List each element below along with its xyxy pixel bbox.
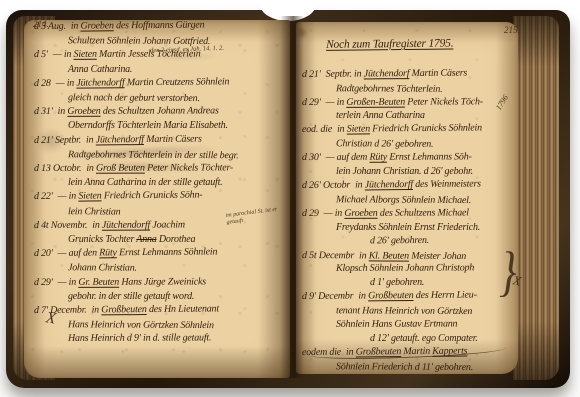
day-mark: d 21' xyxy=(302,69,321,80)
register-line: d 26' gebohren. xyxy=(302,233,514,249)
right-page-entries: d 21'Septbr. in Jütchendorf Martin Cäser… xyxy=(302,68,514,374)
register-line: Klopsch Söhnlein Johann Christoph xyxy=(302,262,514,277)
entry-text: Meister Johan xyxy=(409,250,466,261)
place-name-underlined: Großbeuten xyxy=(368,290,414,301)
entry-text: Grunicks Tochter xyxy=(68,234,136,245)
entry-text: in xyxy=(86,134,96,145)
register-line: d 26' Octobrin Jütchendorff des Weinmeis… xyxy=(302,177,514,193)
entry-text: Friedrich Grunicks Söhnlein xyxy=(370,123,482,135)
entry-text: Ernst Lehmanns Söh- xyxy=(387,152,472,163)
register-line: d 9' Decembrin Großbeuten des Herrn Lieu… xyxy=(302,288,514,304)
entry-text: gleich nach der geburt verstorben. xyxy=(68,92,200,104)
day-mark: d 31' xyxy=(34,106,53,117)
day-mark: d 22' xyxy=(34,191,53,202)
place-name-underlined: Rüty xyxy=(99,248,117,259)
left-page-entries: d 3 Aug.in Groeben des Hoffmanns GürgenS… xyxy=(34,20,286,347)
entry-text: lein Christian xyxy=(68,206,121,217)
register-line: d 29'— in Gr. Beuten Hans Jürge Zweinick… xyxy=(34,275,286,290)
entry-text: Friedrich Grunicks Söhn- xyxy=(101,190,202,202)
entry-text: lein Johann Christian. d 26' gebohr. xyxy=(336,166,473,177)
day-mark: d 20' xyxy=(34,248,53,259)
entry-text: des Schultzen Johann Andreas xyxy=(101,106,219,117)
day-mark: d 28 xyxy=(34,78,51,89)
page-edges-right xyxy=(513,16,559,380)
entry-text: in xyxy=(358,291,368,302)
place-name-underlined: Groeben xyxy=(80,20,113,31)
place-name-underlined: Gr. Beuten xyxy=(78,276,119,287)
day-mark: d 29' xyxy=(302,96,321,107)
day-mark: d 21' Septbr. xyxy=(34,134,81,145)
entry-text: lein Anna Catharina in der stille getauf… xyxy=(68,177,222,188)
register-line: d 31'in Groeben des Schultzen Johann And… xyxy=(34,104,286,119)
entry-text: Klopsch Söhnlein Johann Christoph xyxy=(336,263,474,274)
entry-text: Anna Catharina. xyxy=(68,64,132,75)
place-name-underlined: Groeben xyxy=(67,106,100,117)
entry-text: Hans Jürge Zweinicks xyxy=(119,276,206,287)
entry-text: des Schultzens Michael xyxy=(378,207,469,218)
day-mark: d 5' xyxy=(34,49,48,60)
entry-text: in xyxy=(359,250,369,261)
register-line: d 20'— auf den Rüty Ernst Lehmanns Söhnl… xyxy=(34,245,286,261)
day-mark: d 7' Decembr. xyxy=(34,305,87,316)
place-name-underlined: Sieten xyxy=(78,191,101,202)
entry-text: Hans Heinrich von Görtzken Söhnlein xyxy=(68,319,214,331)
entry-text: Freydanks Söhnlein Ernst Friederich. xyxy=(336,222,480,233)
entry-text: Dorothea xyxy=(157,234,196,245)
register-line: d 21'Septbr. in Jütchendorf Martin Cäser… xyxy=(302,66,514,82)
day-mark: d 9' Decembr xyxy=(302,291,353,302)
entry-text: in xyxy=(58,106,68,117)
register-line: d 21' Septbr.in Jütchendorff Martin Cäse… xyxy=(34,131,286,147)
day-mark: d 30' xyxy=(302,152,321,163)
entry-text: des Hn Lieutenant xyxy=(147,303,219,315)
register-line: d 30'— auf dem Rüty Ernst Lehmanns Söh- xyxy=(302,150,514,165)
day-mark: d 3 Aug. xyxy=(34,21,66,32)
entry-text: Johann Christian. xyxy=(68,263,137,274)
entry-text: Radtgebohrnes Töchterlein in der stille … xyxy=(68,149,239,161)
entry-text: in xyxy=(92,220,102,231)
place-name-underlined: Jütchendorff xyxy=(96,134,144,145)
entry-text: Joachim xyxy=(150,219,185,230)
entry-text: Ernst Lehmanns Söhnlein xyxy=(117,247,218,259)
place-name-underlined: Groeben xyxy=(344,208,377,219)
entry-text: — in xyxy=(58,277,79,288)
place-name-underlined: Sieten xyxy=(73,49,96,60)
entry-text: Martin Cäsers xyxy=(144,133,202,145)
entry-text: Martin Cäsers xyxy=(409,67,467,79)
entry-text: Peter Nickels Töchter- xyxy=(145,162,233,173)
day-mark: d 29' xyxy=(34,277,53,288)
place-name-underlined: Jütchendorff xyxy=(102,219,150,230)
entry-text: d 26' gebohren. xyxy=(370,234,429,246)
entry-text: — in xyxy=(53,49,74,60)
register-line: d 28— in Jütchendorff Martin Creutzens S… xyxy=(34,75,286,91)
register-line: d 13 Octobr.in Groß Beuten Peter Nickels… xyxy=(34,161,286,176)
entry-text: — in xyxy=(326,96,347,107)
right-page-content: Noch zum Taufregister 1795. d 21'Septbr.… xyxy=(302,24,514,374)
entry-text: — auf dem xyxy=(326,152,370,163)
place-name-underlined: Jütchendorff xyxy=(365,179,413,190)
struck-word: Anna xyxy=(136,234,156,245)
entry-text: Oberndorffs Töchterlein Maria Elisabeth. xyxy=(68,120,228,131)
entry-text: d 12' getauft. ego Compater. xyxy=(370,333,478,344)
register-line: d 29'— in Großen-Beuten Peter Nickels Tö… xyxy=(302,95,514,110)
day-mark: d 13 Octobr. xyxy=(34,163,81,174)
place-name-underlined: Groß Beuten xyxy=(96,163,145,174)
entry-text: — in xyxy=(58,191,79,202)
entry-text: Hans Heinrich d 9' in d. stille getauft. xyxy=(68,333,211,345)
register-line: d 29— in Groeben des Schultzens Michael xyxy=(302,206,514,221)
place-name-underlined: Sieten xyxy=(347,124,370,135)
entry-text: des Hoffmanns Gürgen xyxy=(114,20,205,32)
entry-text: tenant Hans Heinrich von Görtzken xyxy=(336,305,472,317)
place-name-underlined: Großen-Beuten xyxy=(346,96,405,107)
day-mark: d 26' Octobr xyxy=(302,180,350,191)
register-line: Söhnlein Hans Gustav Ertmann xyxy=(302,317,514,332)
entry-text: in xyxy=(355,179,365,190)
entry-text: — in xyxy=(324,208,345,219)
page-heading-text: Noch zum Taufregister 1795. xyxy=(326,37,453,50)
entry-text: — in xyxy=(56,77,77,88)
day-mark: eod. die xyxy=(302,124,332,135)
entry-text: terlein Anna Catharina xyxy=(336,110,425,121)
entry-text: in xyxy=(86,163,96,174)
day-mark: d 5t Decembr xyxy=(302,250,354,261)
entry-text: Radtgebohrnes Töchterlein. xyxy=(336,83,443,95)
entry-text: Septbr. in xyxy=(326,68,364,79)
page-heading: Noch zum Taufregister 1795. xyxy=(302,23,514,67)
entry-text: Söhnlein Friederich d 11' gebohren. xyxy=(336,361,473,373)
register-line: eod. diein Sieten Friedrich Grunicks Söh… xyxy=(302,121,514,137)
entry-text: Martin Creutzens Söhnlein xyxy=(124,76,229,88)
entry-text: in xyxy=(71,21,81,32)
entry-text: Michael Alborgs Söhnlein Michael. xyxy=(336,194,471,206)
place-name-underlined: Jütchendorf xyxy=(364,68,410,79)
place-name-underlined: Großbeuten xyxy=(101,304,147,315)
entry-text: — auf den xyxy=(58,248,100,259)
entry-text: Peter Nickels Töch- xyxy=(405,96,483,107)
register-line: d 3 Aug.in Groeben des Hoffmanns Gürgen xyxy=(34,18,286,34)
entry-text: in xyxy=(337,124,347,135)
register-line: Hans Heinrich d 9' in d. stille getauft. xyxy=(34,332,286,347)
place-name-underlined: Kl. Beuten xyxy=(369,250,409,261)
open-register-book: 214. 215. d 3 Aug.in Groeben des Hoffman… xyxy=(0,0,580,397)
entry-text: des Herrn Lieu- xyxy=(413,290,476,302)
entry-text: gebohr. in der stille getauft word. xyxy=(68,291,194,302)
entry-text: d 1' gebohren. xyxy=(370,277,424,288)
register-line: Söhnlein Friederich d 11' gebohren. xyxy=(302,360,514,375)
register-line: d 7' Decembr.in Großbeuten des Hn Lieute… xyxy=(34,302,286,318)
place-name-underlined: Jütchendorff xyxy=(76,77,124,88)
entry-text: Christian d 26' gebohren. xyxy=(336,138,433,150)
place-name-underlined: Rüty xyxy=(369,152,387,163)
register-line: d 22'— in Sieten Friedrich Grunicks Söhn… xyxy=(34,188,286,204)
entry-text: in xyxy=(92,304,102,315)
day-mark: d 4t Novembr. xyxy=(34,220,87,231)
entry-text: des Weinmeisters xyxy=(413,178,481,190)
entry-text: Söhnlein Hans Gustav Ertmann xyxy=(336,318,457,329)
day-mark: d 29 xyxy=(302,208,319,219)
